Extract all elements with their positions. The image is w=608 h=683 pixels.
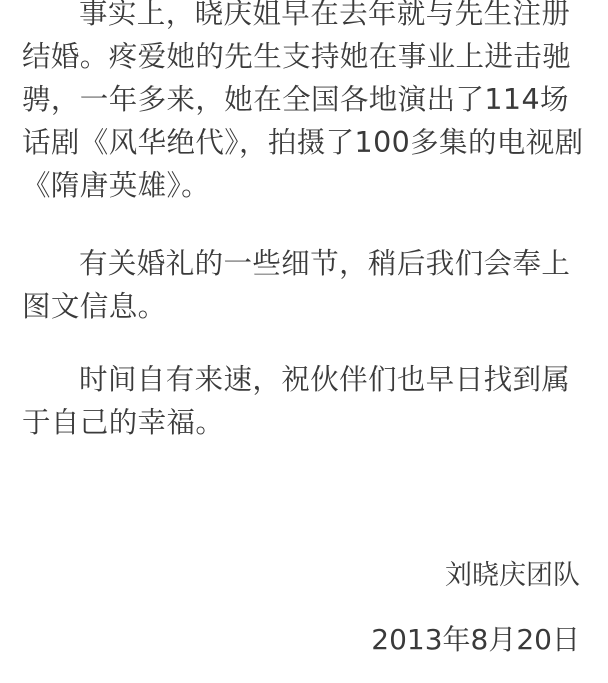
paragraph-marriage-announcement: 事实上，晓庆姐早在去年就与先生注册结婚。疼爱她的先生支持她在事业上进击驰骋，一年… <box>22 0 592 207</box>
paragraph-wedding-details: 有关婚礼的一些细节，稍后我们会奉上图文信息。 <box>22 242 592 328</box>
paragraph-blessing: 时间自有来速，祝伙伴们也早日找到属于自己的幸福。 <box>22 358 592 444</box>
signature: 刘晓庆团队 <box>445 556 580 596</box>
date: 2013年8月20日 <box>371 620 580 660</box>
